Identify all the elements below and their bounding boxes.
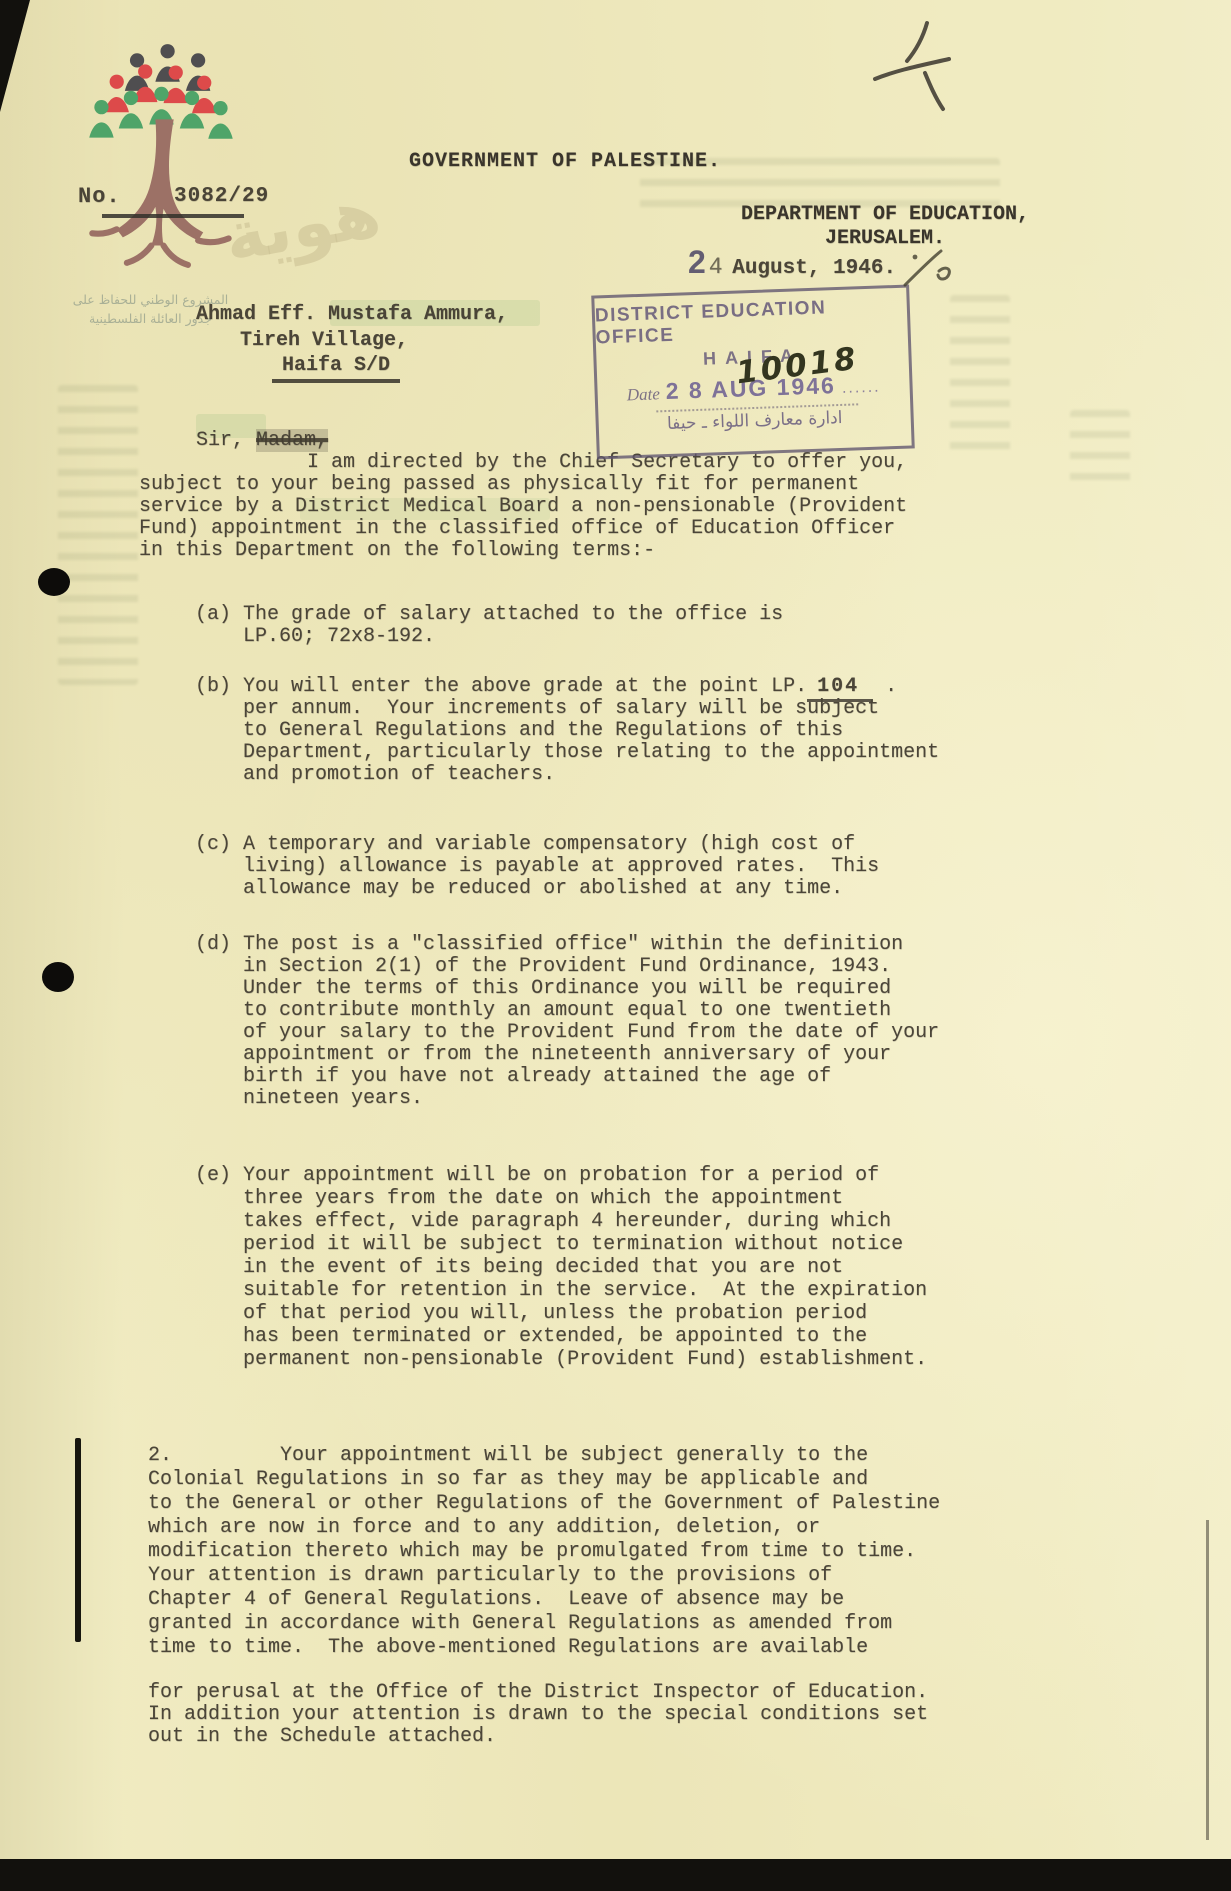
paragraph-intro: I am directed by the Chief Secretary to … xyxy=(139,452,999,562)
paragraph-2: 2. Your appointment will be subject gene… xyxy=(148,1444,1018,1660)
stamp-arabic-line: ادارة معارف اللواء ـ حيفا xyxy=(667,408,843,434)
ref-number-value: 3082/29 xyxy=(174,186,269,208)
term-item-c: (c) A temporary and variable compensator… xyxy=(195,834,1025,900)
pen-squiggle-icon xyxy=(895,245,957,293)
date-text: August, 1946. xyxy=(732,257,896,280)
pen-cross-mark-icon xyxy=(865,15,957,117)
recipient-name: Ahmad Eff. Mustafa Ammura, xyxy=(196,304,508,326)
scanned-letter-page: المشروع الوطني للحفاظ على جذور العائلة ا… xyxy=(0,0,1231,1891)
letterhead-government: GOVERNMENT OF PALESTINE. xyxy=(375,150,755,173)
term-item-b: (b) You will enter the above grade at th… xyxy=(195,676,1025,786)
salutation-text: Sir, xyxy=(196,429,256,452)
bleed-through-texture xyxy=(1070,410,1130,490)
recipient-line3: Haifa S/D xyxy=(272,355,400,383)
term-item-a: (a) The grade of salary attached to the … xyxy=(195,604,1025,648)
bleed-through-texture xyxy=(950,295,1010,455)
hole-punch-dot xyxy=(38,568,70,596)
bleed-through-texture xyxy=(58,385,138,685)
term-item-b-text: (b) You will enter the above grade at th… xyxy=(195,675,807,698)
hole-punch-dot xyxy=(42,962,74,992)
salutation-struck-word: Madam, xyxy=(256,429,328,452)
stamp-dotted-leader: ...... xyxy=(842,379,881,398)
scan-mark-vertical-line xyxy=(75,1438,81,1642)
stamp-date-label: Date xyxy=(626,384,660,405)
stamp-office-line: DISTRICT EDUCATION OFFICE xyxy=(595,295,908,350)
date-typed-digit: 4 xyxy=(709,254,723,280)
date-stamped-digit: 2 xyxy=(688,244,706,280)
letterhead-department: DEPARTMENT OF EDUCATION, xyxy=(695,203,1075,226)
recipient-line2: Tireh Village, xyxy=(240,330,408,352)
ref-number-label: No. xyxy=(78,186,121,208)
ref-underline xyxy=(102,214,244,218)
scan-fold-line xyxy=(1206,1520,1209,1840)
paragraph-3: for perusal at the Office of the Distric… xyxy=(148,1682,1018,1748)
family-tree-logo-icon xyxy=(85,40,240,272)
scan-edge-corner xyxy=(0,0,30,112)
letter-date: 24 August, 1946. xyxy=(688,244,896,281)
term-item-e: (e) Your appointment will be on probatio… xyxy=(195,1164,1025,1371)
scan-edge-bottom xyxy=(0,1859,1231,1891)
term-item-d: (d) The post is a "classified office" wi… xyxy=(195,934,1025,1110)
